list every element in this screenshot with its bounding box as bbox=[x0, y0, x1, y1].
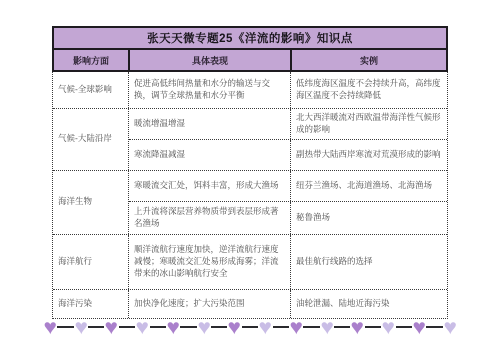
sub-rows: 寒暖流交汇处，饵料丰富，形成大渔场纽芬兰渔场、北海道渔场、北海渔场上升流将深层营… bbox=[129, 171, 447, 234]
heart-connector-line bbox=[396, 326, 412, 328]
table-row: 气候-全球影响促进高低纬间热量和水分的输送与交换，调节全球热量和水分平衡低纬度海… bbox=[53, 72, 447, 108]
heart-connector-line bbox=[57, 326, 73, 328]
heart-connector-line bbox=[242, 326, 258, 328]
heart-icon: ♥ bbox=[166, 317, 179, 338]
example-cell: 纽芬兰渔场、北海道渔场、北海渔场 bbox=[291, 171, 447, 201]
sub-row: 顺洋流航行速度加快，逆洋流航行速度减慢；寒暖流交汇处易形成海雾；洋流带来的冰山影… bbox=[129, 235, 447, 289]
heart-connector-line bbox=[119, 326, 135, 328]
heart-connector-line bbox=[88, 326, 104, 328]
heart-connector-line bbox=[365, 326, 381, 328]
sub-rows: 顺洋流航行速度加快，逆洋流航行速度减慢；寒暖流交汇处易形成海雾；洋流带来的冰山影… bbox=[129, 235, 447, 289]
header-detail: 具体表现 bbox=[130, 50, 292, 70]
example-cell: 北大西洋暖流对西欧温带海洋性气候形成的影响 bbox=[291, 109, 447, 139]
aspect-cell: 气候-大陆沿岸 bbox=[53, 109, 129, 170]
table-row: 海洋航行顺洋流航行速度加快，逆洋流航行速度减慢；寒暖流交汇处易形成海雾；洋流带来… bbox=[53, 234, 447, 289]
heart-icon: ♥ bbox=[74, 317, 87, 338]
sub-rows: 暖流增温增湿北大西洋暖流对西欧温带海洋性气候形成的影响寒流降温减湿副热带大陆西岸… bbox=[129, 109, 447, 170]
sub-rows: 促进高低纬间热量和水分的输送与交换，调节全球热量和水分平衡低纬度海区温度不会持续… bbox=[129, 72, 447, 108]
heart-icon: ♥ bbox=[443, 317, 456, 338]
example-cell: 最佳航行线路的选择 bbox=[291, 235, 447, 289]
heart-icon: ♥ bbox=[228, 317, 241, 338]
heart-connector-line bbox=[334, 326, 350, 328]
example-cell: 秘鲁渔场 bbox=[291, 202, 447, 234]
heart-icon: ♥ bbox=[382, 317, 395, 338]
sub-row: 寒流降温减湿副热带大陆西岸寒流对荒漠形成的影响 bbox=[129, 139, 447, 170]
heart-icon: ♥ bbox=[136, 317, 149, 338]
knowledge-table: 张天天微专题25《洋流的影响》知识点 影响方面 具体表现 实例 气候-全球影响促… bbox=[52, 26, 448, 319]
heart-connector-line bbox=[211, 326, 227, 328]
page-title: 张天天微专题25《洋流的影响》知识点 bbox=[52, 26, 448, 50]
sub-row: 促进高低纬间热量和水分的输送与交换，调节全球热量和水分平衡低纬度海区温度不会持续… bbox=[129, 72, 447, 108]
heart-icon: ♥ bbox=[412, 317, 425, 338]
heart-icon: ♥ bbox=[320, 317, 333, 338]
heart-icon: ♥ bbox=[289, 317, 302, 338]
knowledge-sheet-page: 张天天微专题25《洋流的影响》知识点 影响方面 具体表现 实例 气候-全球影响促… bbox=[0, 0, 500, 360]
hearts-divider: ♥♥♥♥♥♥♥♥♥♥♥♥♥♥ bbox=[44, 314, 456, 340]
example-cell: 副热带大陆西岸寒流对荒漠形成的影响 bbox=[291, 140, 447, 170]
header-aspect: 影响方面 bbox=[54, 50, 130, 70]
heart-connector-line bbox=[426, 326, 442, 328]
detail-cell: 寒流降温减湿 bbox=[129, 140, 291, 170]
table-header-row: 影响方面 具体表现 实例 bbox=[52, 50, 448, 72]
example-cell: 低纬度海区温度不会持续升高，高纬度海区温度不会持续降低 bbox=[291, 72, 447, 108]
detail-cell: 上升流将深层营养物质带到表层形成著名渔场 bbox=[129, 202, 291, 234]
detail-cell: 顺洋流航行速度加快，逆洋流航行速度减慢；寒暖流交汇处易形成海雾；洋流带来的冰山影… bbox=[129, 235, 291, 289]
aspect-cell: 海洋航行 bbox=[53, 235, 129, 289]
detail-cell: 促进高低纬间热量和水分的输送与交换，调节全球热量和水分平衡 bbox=[129, 72, 291, 108]
heart-connector-line bbox=[303, 326, 319, 328]
heart-icon: ♥ bbox=[105, 317, 118, 338]
heart-icon: ♥ bbox=[197, 317, 210, 338]
sub-row: 寒暖流交汇处，饵料丰富，形成大渔场纽芬兰渔场、北海道渔场、北海渔场 bbox=[129, 171, 447, 201]
sub-row: 暖流增温增湿北大西洋暖流对西欧温带海洋性气候形成的影响 bbox=[129, 109, 447, 139]
table-body: 气候-全球影响促进高低纬间热量和水分的输送与交换，调节全球热量和水分平衡低纬度海… bbox=[52, 72, 448, 319]
table-row: 海洋生物寒暖流交汇处，饵料丰富，形成大渔场纽芬兰渔场、北海道渔场、北海渔场上升流… bbox=[53, 170, 447, 234]
aspect-cell: 海洋生物 bbox=[53, 171, 129, 234]
heart-connector-line bbox=[180, 326, 196, 328]
header-example: 实例 bbox=[292, 50, 446, 70]
heart-icon: ♥ bbox=[44, 317, 57, 338]
heart-icon: ♥ bbox=[351, 317, 364, 338]
sub-row: 上升流将深层营养物质带到表层形成著名渔场秘鲁渔场 bbox=[129, 201, 447, 234]
detail-cell: 暖流增温增湿 bbox=[129, 109, 291, 139]
aspect-cell: 气候-全球影响 bbox=[53, 72, 129, 108]
table-row: 气候-大陆沿岸暖流增温增湿北大西洋暖流对西欧温带海洋性气候形成的影响寒流降温减湿… bbox=[53, 108, 447, 170]
heart-icon: ♥ bbox=[259, 317, 272, 338]
heart-connector-line bbox=[150, 326, 166, 328]
detail-cell: 寒暖流交汇处，饵料丰富，形成大渔场 bbox=[129, 171, 291, 201]
heart-connector-line bbox=[273, 326, 289, 328]
